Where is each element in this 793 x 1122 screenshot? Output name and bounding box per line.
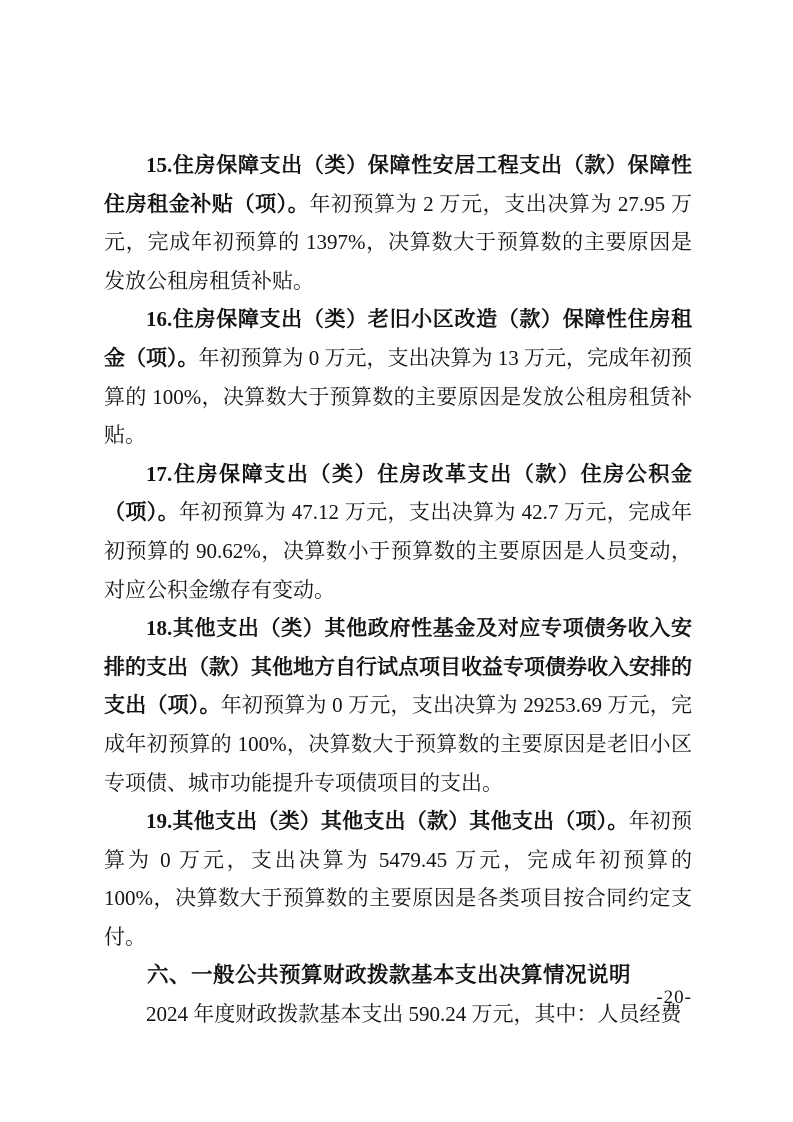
paragraph-item-17-body: 年初预算为 47.12 万元，支出决算为 42.7 万元，完成年初预算的 90.… <box>104 500 692 601</box>
paragraph-item-18: 18.其他支出（类）其他政府性基金及对应专项债务收入安排的支出（款）其他地方自行… <box>104 609 692 802</box>
page-number: -20- <box>656 987 692 1009</box>
document-body: 15.住房保障支出（类）保障性安居工程支出（款）保障性住房租金补贴（项）。年初预… <box>104 146 692 1034</box>
section-heading-6: 六、一般公共预算财政拨款基本支出决算情况说明 <box>104 956 692 995</box>
paragraph-item-15: 15.住房保障支出（类）保障性安居工程支出（款）保障性住房租金补贴（项）。年初预… <box>104 146 692 300</box>
document-page: 15.住房保障支出（类）保障性安居工程支出（款）保障性住房租金补贴（项）。年初预… <box>0 0 793 1122</box>
paragraph-item-17: 17.住房保障支出（类）住房改革支出（款）住房公积金（项）。年初预算为 47.1… <box>104 455 692 609</box>
paragraph-item-19: 19.其他支出（类）其他支出（款）其他支出（项）。年初预算为 0 万元，支出决算… <box>104 802 692 956</box>
paragraph-item-19-lead: 19.其他支出（类）其他支出（款）其他支出（项）。 <box>146 809 629 833</box>
closing-paragraph: 2024 年度财政拨款基本支出 590.24 万元，其中：人员经费 <box>104 995 692 1034</box>
paragraph-item-16: 16.住房保障支出（类）老旧小区改造（款）保障性住房租金（项）。年初预算为 0 … <box>104 300 692 454</box>
